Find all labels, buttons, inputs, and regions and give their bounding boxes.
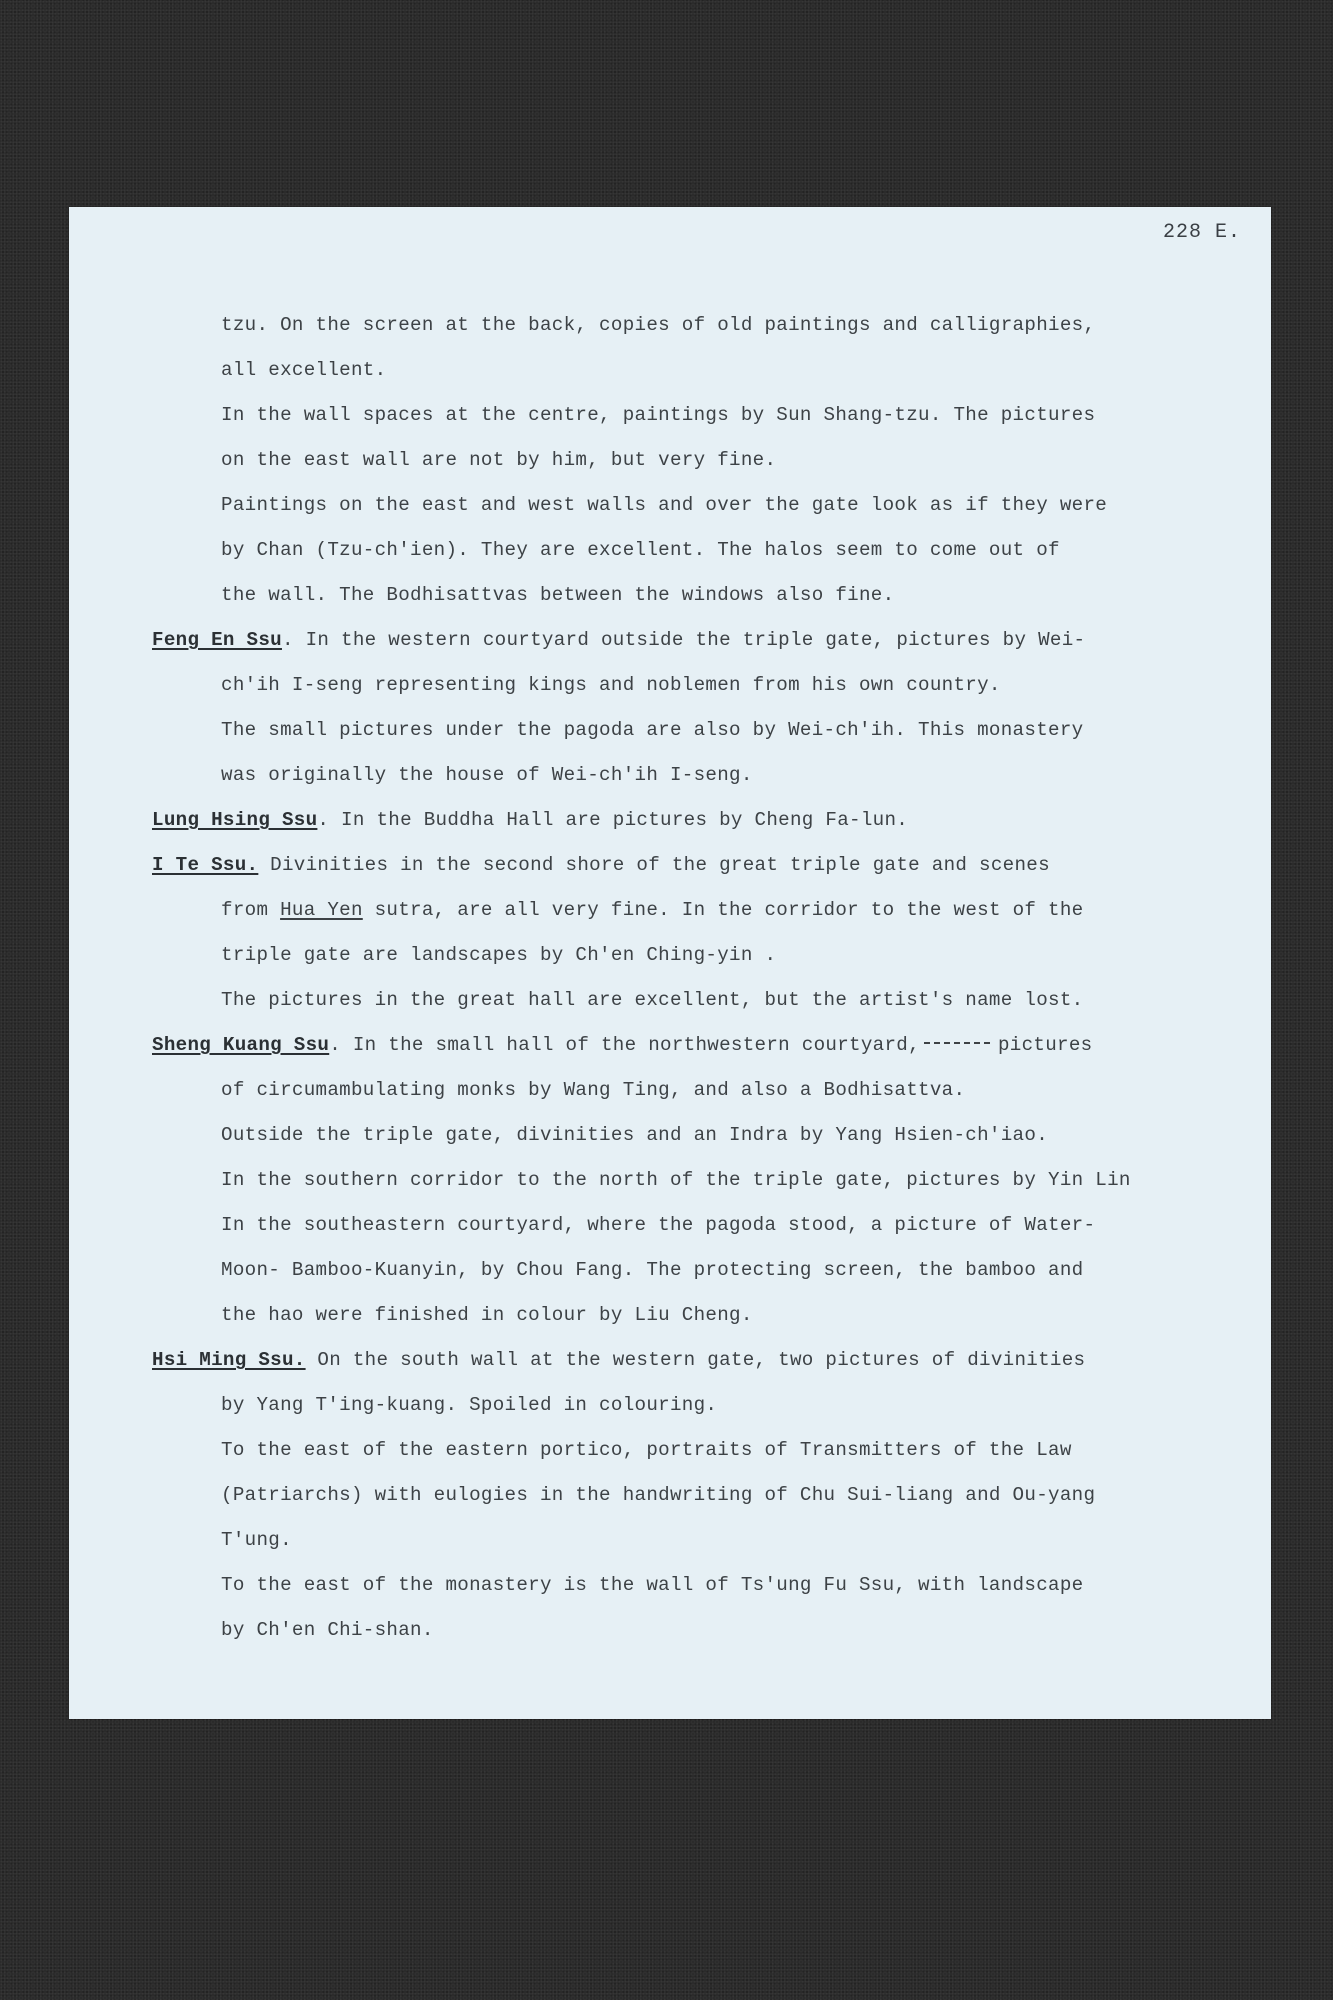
text-line: the hao were finished in colour by Liu C… xyxy=(221,1303,753,1327)
text-line: by Chan (Tzu-ch'ien). They are excellent… xyxy=(221,538,1060,562)
entry-feng-en-ssu: Feng En Ssu. In the western courtyard ou… xyxy=(152,628,1085,652)
struck-out-dash xyxy=(924,1042,990,1044)
sutra-title: Hua Yen xyxy=(280,899,363,921)
entry-sheng-kuang-ssu: Sheng Kuang Ssu. In the small hall of th… xyxy=(152,1033,1092,1057)
text-line: of circumambulating monks by Wang Ting, … xyxy=(221,1078,965,1102)
text-line: In the southeastern courtyard, where the… xyxy=(221,1213,1095,1237)
entry-text: from xyxy=(221,899,280,921)
page-number: 228 E. xyxy=(1163,221,1241,244)
entry-lung-hsing-ssu: Lung Hsing Ssu. In the Buddha Hall are p… xyxy=(152,808,908,832)
text-line: ch'ih I-seng representing kings and nobl… xyxy=(221,673,1001,697)
text-line: Moon- Bamboo-Kuanyin, by Chou Fang. The … xyxy=(221,1258,1083,1282)
entry-text: sutra, are all very fine. In the corrido… xyxy=(363,899,1084,921)
text-line: all excellent. xyxy=(221,358,386,382)
text-line: In the southern corridor to the north of… xyxy=(221,1168,1131,1192)
temple-name-heading: Feng En Ssu xyxy=(152,629,282,651)
entry-text: pictures xyxy=(998,1034,1093,1056)
text-line: The small pictures under the pagoda are … xyxy=(221,718,1083,742)
temple-name-heading: Sheng Kuang Ssu xyxy=(152,1034,329,1056)
text-line: by Ch'en Chi-shan. xyxy=(221,1618,434,1642)
text-line: Paintings on the east and west walls and… xyxy=(221,493,1107,517)
entry-i-te-ssu: I Te Ssu. Divinities in the second shore… xyxy=(152,853,1050,877)
text-line: T'ung. xyxy=(221,1528,292,1552)
temple-name-heading: Lung Hsing Ssu xyxy=(152,809,317,831)
entry-hsi-ming-ssu: Hsi Ming Ssu. On the south wall at the w… xyxy=(152,1348,1085,1372)
text-line: the wall. The Bodhisattvas between the w… xyxy=(221,583,894,607)
entry-text: . In the Buddha Hall are pictures by Che… xyxy=(317,809,908,831)
text-line: To the east of the eastern portico, port… xyxy=(221,1438,1072,1462)
text-line: In the wall spaces at the centre, painti… xyxy=(221,403,1095,427)
text-line: was originally the house of Wei-ch'ih I-… xyxy=(221,763,753,787)
text-line: triple gate are landscapes by Ch'en Chin… xyxy=(221,943,776,967)
entry-text: . In the western courtyard outside the t… xyxy=(282,629,1085,651)
text-line: on the east wall are not by him, but ver… xyxy=(221,448,776,472)
temple-name-heading: Hsi Ming Ssu. xyxy=(152,1349,306,1371)
entry-text: . In the small hall of the northwestern … xyxy=(329,1034,920,1056)
text-line: (Patriarchs) with eulogies in the handwr… xyxy=(221,1483,1095,1507)
text-line: by Yang T'ing-kuang. Spoiled in colourin… xyxy=(221,1393,717,1417)
text-line: tzu. On the screen at the back, copies o… xyxy=(221,313,1095,337)
entry-text: Divinities in the second shore of the gr… xyxy=(258,854,1050,876)
text-line: The pictures in the great hall are excel… xyxy=(221,988,1083,1012)
text-line: Outside the triple gate, divinities and … xyxy=(221,1123,1048,1147)
text-line: from Hua Yen sutra, are all very fine. I… xyxy=(221,898,1083,922)
entry-text: On the south wall at the western gate, t… xyxy=(306,1349,1086,1371)
typed-page: 228 E. tzu. On the screen at the back, c… xyxy=(69,207,1271,1719)
temple-name-heading: I Te Ssu. xyxy=(152,854,258,876)
text-line: To the east of the monastery is the wall… xyxy=(221,1573,1083,1597)
